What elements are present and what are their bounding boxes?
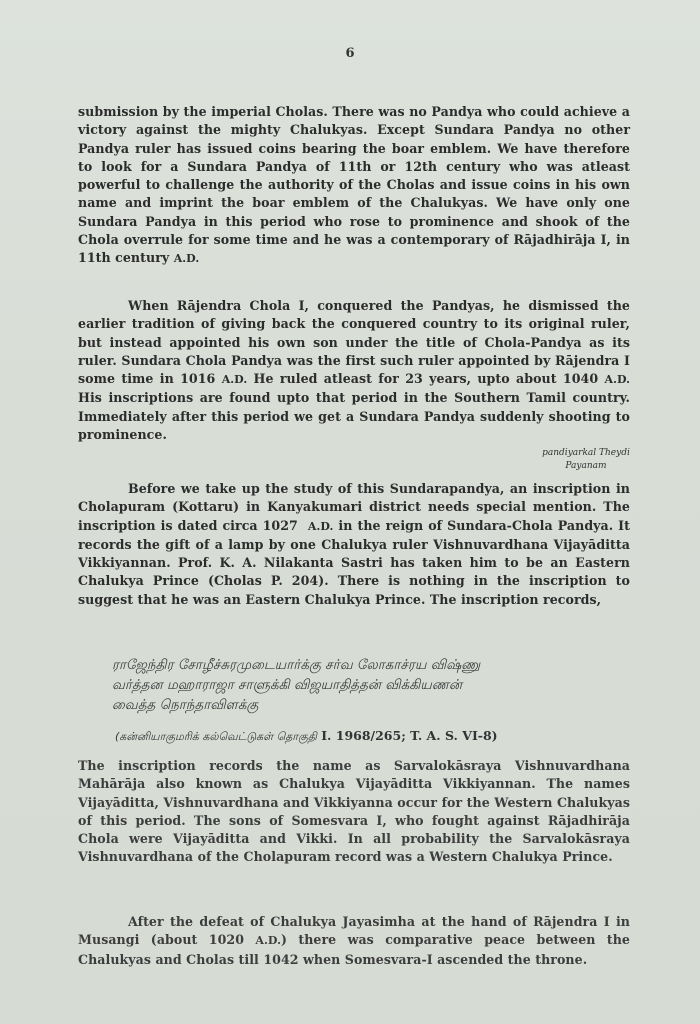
watermark-line-2: Payanam — [532, 460, 640, 473]
inscription-citation: (கன்னியாகுமரிக் கல்வெட்டுகள் தொகுதி I. 1… — [115, 728, 615, 745]
inscription-line-3: வைத்த நொந்தாவிளக்கு — [112, 695, 612, 715]
document-page: 6 submission by the imperial Cholas. The… — [0, 0, 700, 1024]
tamil-inscription: ராஜேந்திர சோழீச்சுரமுடையார்க்கு சர்வ லோக… — [112, 655, 612, 715]
paragraph-5: The inscription records the name as Sarv… — [78, 757, 630, 867]
paragraph-text: submission by the imperial Cholas. There… — [78, 104, 630, 265]
watermark: pandiyarkal Theydi Payanam — [532, 447, 640, 473]
paragraph-3: Before we take up the study of this Sund… — [78, 480, 630, 609]
paragraph-2: When Rājendra Chola I, conquered the Pan… — [78, 297, 630, 444]
era-abbrev: A.D. — [604, 373, 630, 386]
watermark-line-1: pandiyarkal Theydi — [532, 447, 640, 460]
era-abbrev: A.D. — [222, 373, 248, 386]
paragraph-text: He ruled atleast for 23 years, upto abou… — [254, 371, 599, 386]
inscription-line-2: வர்த்தன மஹாராஜா சாளுக்கி விஜயாதித்தன் வி… — [112, 675, 612, 695]
era-abbrev: A.D. — [174, 252, 200, 265]
inscription-line-1: ராஜேந்திர சோழீச்சுரமுடையார்க்கு சர்வ லோக… — [112, 655, 612, 675]
era-abbrev: A.D. — [308, 520, 334, 533]
citation-reference: I. 1968/265; T. A. S. VI-8) — [321, 728, 497, 743]
citation-tamil: (கன்னியாகுமரிக் கல்வெட்டுகள் தொகுதி — [115, 730, 317, 743]
paragraph-text: The inscription records the name as Sarv… — [78, 758, 630, 864]
page-number: 6 — [0, 46, 700, 61]
paragraph-1: submission by the imperial Cholas. There… — [78, 103, 630, 269]
paragraph-text: His inscriptions are found upto that per… — [78, 390, 630, 442]
paragraph-6: After the defeat of Chalukya Jayasimha a… — [78, 913, 630, 969]
era-abbrev: A.D. — [255, 934, 281, 947]
